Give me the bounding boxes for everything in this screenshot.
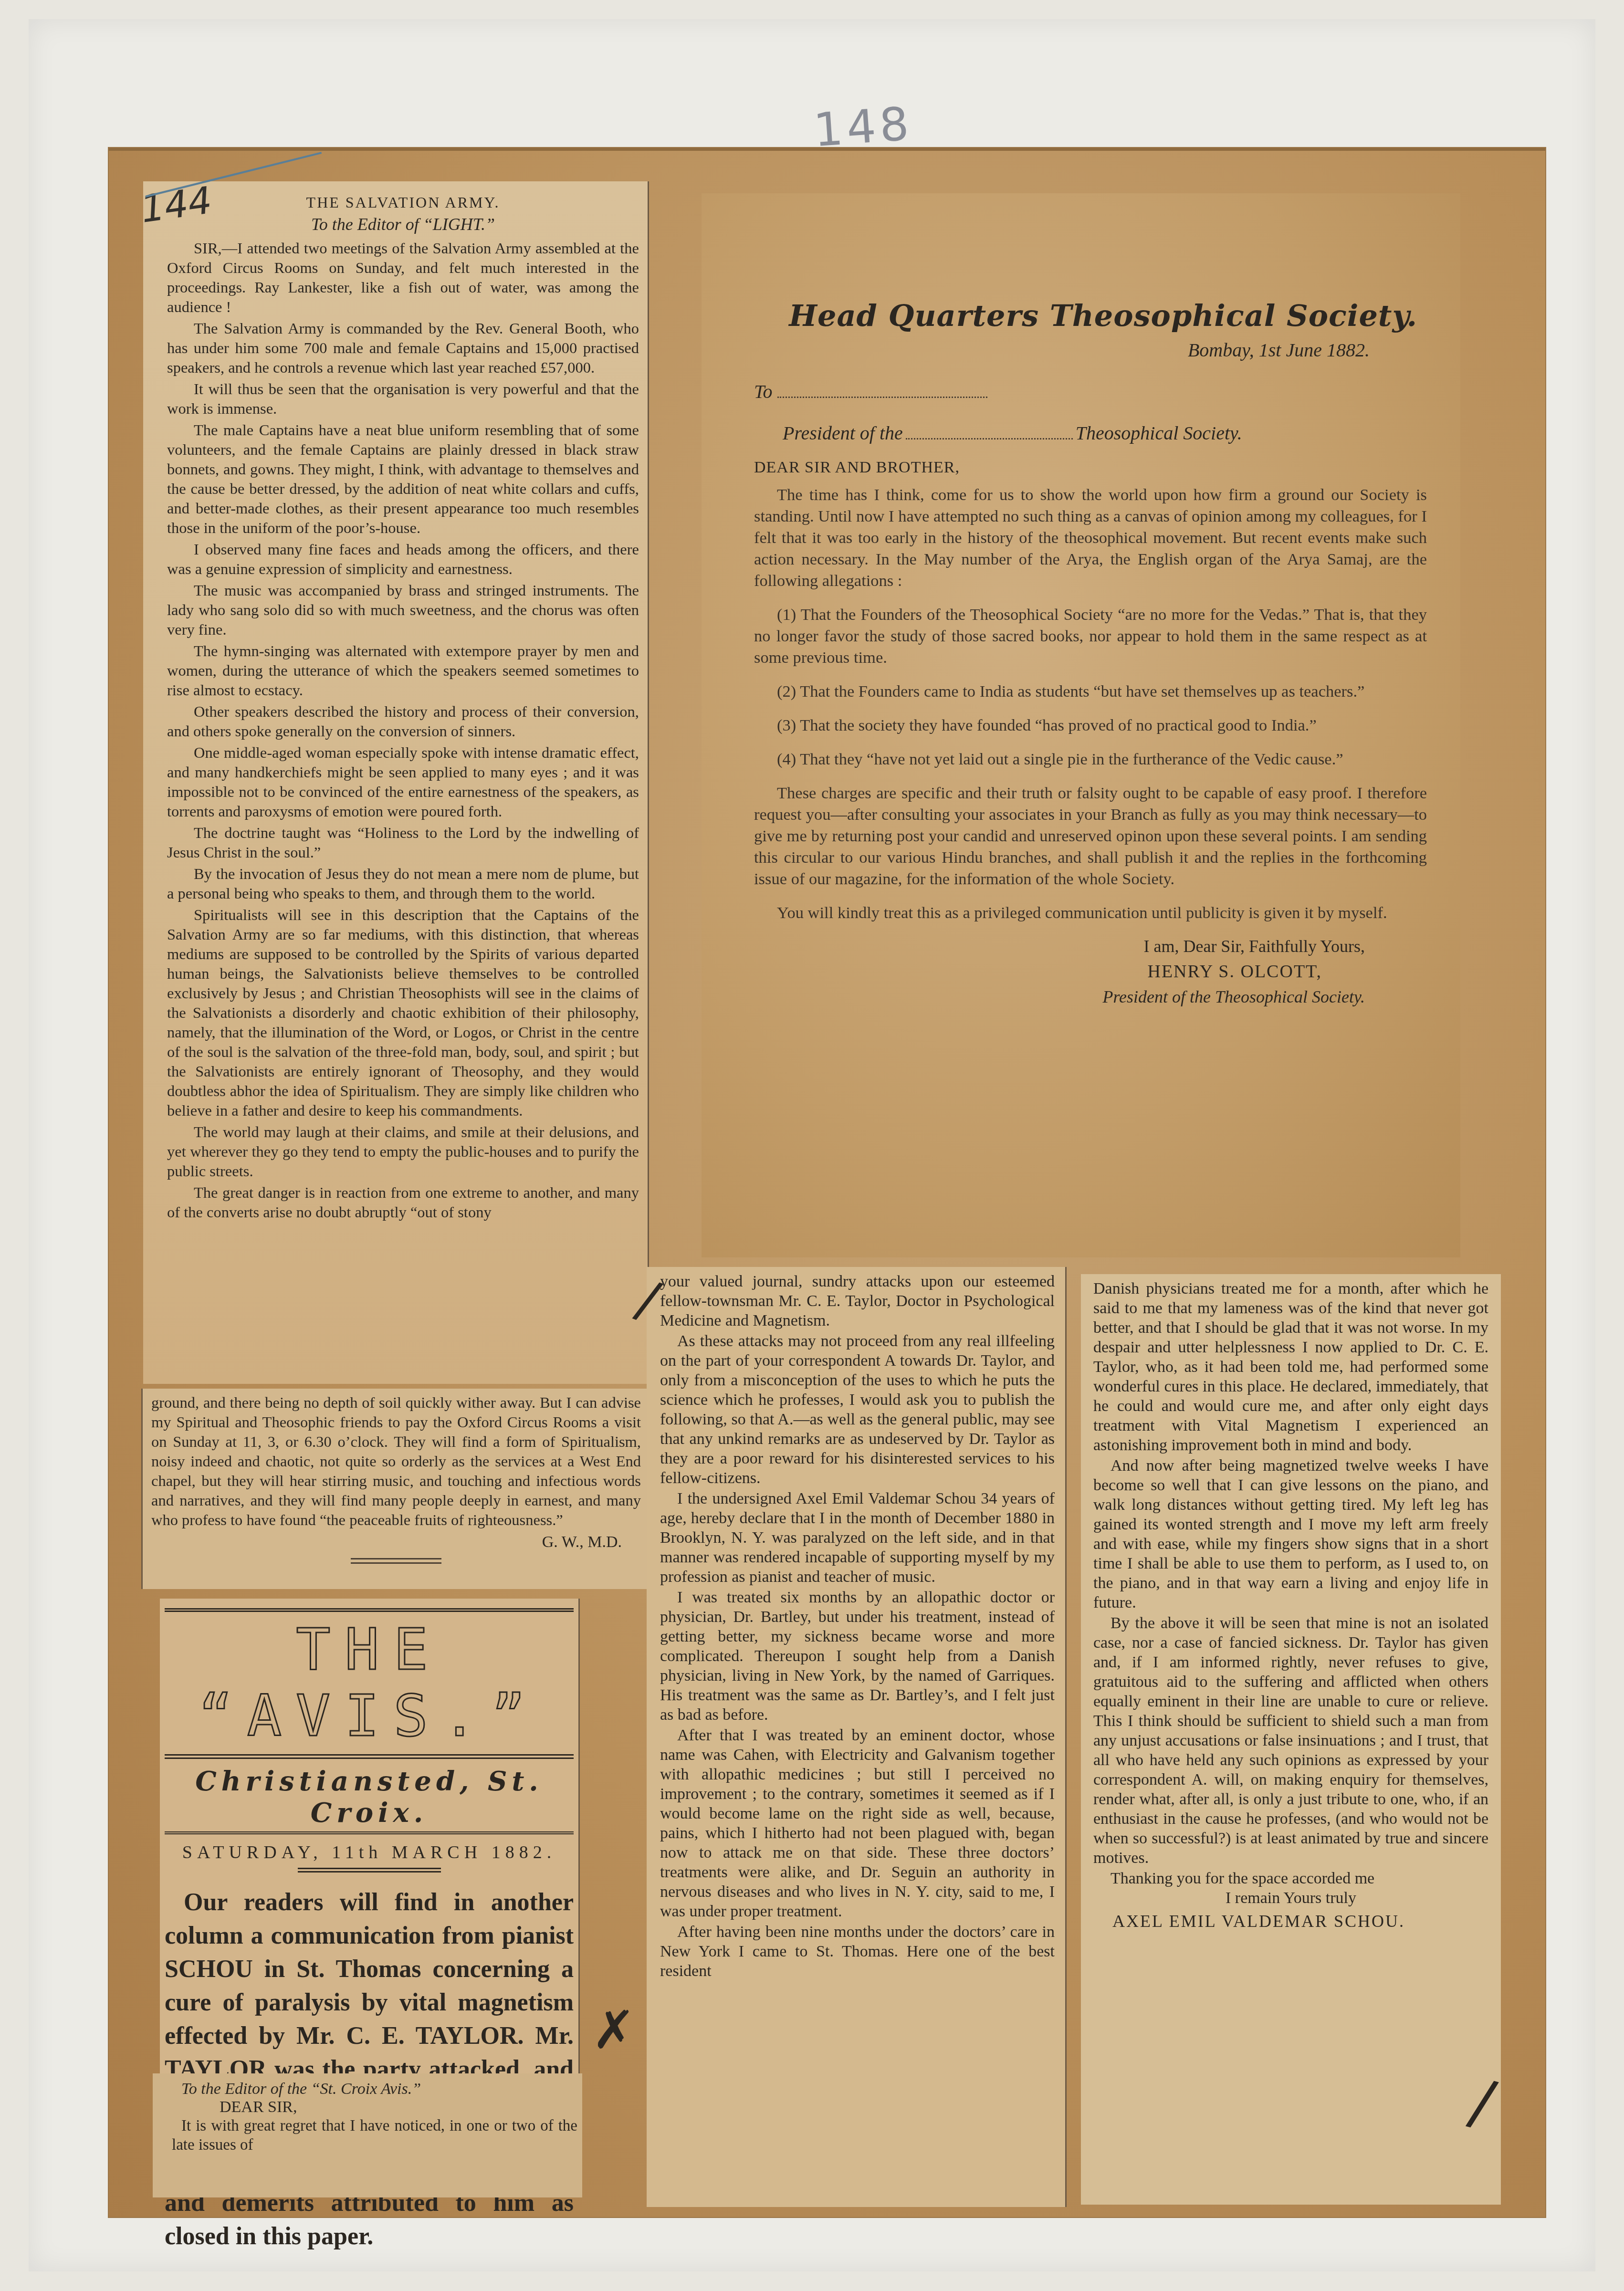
newspaper-masthead: THE “AVIS.” xyxy=(165,1608,574,1759)
president-line: President of theTheosophical Society. xyxy=(783,422,1427,444)
paragraph: SIR,—I attended two meetings of the Salv… xyxy=(167,239,639,317)
closing: I remain Yours truly xyxy=(1093,1889,1488,1907)
x-mark-icon: ✗ xyxy=(592,1999,636,2061)
newspaper-date: SATURDAY, 11th MARCH 1882. xyxy=(165,1842,574,1863)
paragraph: Other speakers described the history and… xyxy=(167,702,639,742)
double-rule xyxy=(351,1558,441,1564)
paragraph: ground, and there being no depth of soil… xyxy=(151,1393,641,1530)
paragraph: your valued journal, sundry attacks upon… xyxy=(660,1272,1055,1330)
article-subtitle: To the Editor of “LIGHT.” xyxy=(167,214,639,234)
allegation-item: (2) That the Founders came to India as s… xyxy=(754,681,1427,702)
recipient-line: To xyxy=(754,380,1427,403)
salutation: DEAR SIR AND BROTHER, xyxy=(754,459,1427,477)
society-label: Theosophical Society. xyxy=(1076,422,1242,444)
article-title: THE SALVATION ARMY. xyxy=(167,194,639,211)
paragraph: Danish physicians treated me for a month… xyxy=(1093,1279,1488,1455)
paragraph: I observed many fine faces and heads amo… xyxy=(167,540,639,579)
letter-addressee: To the Editor of the “St. Croix Avis.” xyxy=(181,2080,577,2098)
paragraph: One middle-aged woman especially spoke w… xyxy=(167,743,639,822)
paragraph: I was treated six months by an allopathi… xyxy=(660,1588,1055,1725)
paragraph: By the above it will be seen that mine i… xyxy=(1093,1613,1488,1868)
signer-name: HENRY S. OLCOTT, xyxy=(754,961,1427,982)
paragraph: The doctrine taught was “Holiness to the… xyxy=(167,824,639,863)
paragraph: After having been nine months under the … xyxy=(660,1922,1055,1981)
paragraph: After that I was treated by an eminent d… xyxy=(660,1726,1055,1921)
paragraph: The male Captains have a neat blue unifo… xyxy=(167,421,639,538)
president-label: President of the xyxy=(783,422,903,444)
paragraph: As these attacks may not proceed from an… xyxy=(660,1331,1055,1488)
allegation-item: (1) That the Founders of the Theosophica… xyxy=(754,604,1427,669)
paragraph: The hymn-singing was alternated with ext… xyxy=(167,642,639,701)
clipping-avis: THE “AVIS.” Christiansted, St. Croix. SA… xyxy=(160,1599,580,2081)
clipping-salvation-army-continuation: ground, and there being no depth of soil… xyxy=(141,1389,652,1589)
blank-recipient-field xyxy=(777,397,987,398)
paragraph: The great danger is in reaction from one… xyxy=(167,1183,639,1223)
allegation-item: (3) That the society they have founded “… xyxy=(754,715,1427,736)
paragraph: Spiritualists will see in this descripti… xyxy=(167,906,639,1121)
paragraph: It will thus be seen that the organisati… xyxy=(167,380,639,419)
clipping-avis-letter: To the Editor of the “St. Croix Avis.” D… xyxy=(153,2073,582,2197)
to-label: To xyxy=(754,381,773,402)
paragraph: By the invocation of Jesus they do not m… xyxy=(167,865,639,904)
signer-title: President of the Theosophical Society. xyxy=(754,987,1427,1007)
theosophical-circular: Head Quarters Theosophical Society. Bomb… xyxy=(702,193,1460,1257)
paragraph: The music was accompanied by brass and s… xyxy=(167,581,639,640)
letter-opening: It is with great regret that I have noti… xyxy=(172,2116,577,2155)
paragraph: The Salvation Army is commanded by the R… xyxy=(167,319,639,378)
newspaper-place: Christiansted, St. Croix. xyxy=(165,1759,574,1834)
letterhead: Head Quarters Theosophical Society. xyxy=(754,298,1427,333)
paragraph: The time has I think, come for us to sho… xyxy=(754,484,1427,592)
letter-signature: AXEL EMIL VALDEMAR SCHOU. xyxy=(1093,1911,1488,1931)
clipping-schou-letter-right: Danish physicians treated me for a month… xyxy=(1081,1274,1501,2205)
blank-branch-field xyxy=(906,438,1073,439)
paragraph: The world may laugh at their claims, and… xyxy=(167,1123,639,1182)
clipping-schou-letter-middle: your valued journal, sundry attacks upon… xyxy=(647,1267,1067,2207)
allegation-item: (4) That they “have not yet laid out a s… xyxy=(754,749,1427,770)
paragraph: These charges are specific and their tru… xyxy=(754,783,1427,890)
paragraph: And now after being magnetized twelve we… xyxy=(1093,1456,1488,1612)
paragraph: I the undersigned Axel Emil Valdemar Sch… xyxy=(660,1489,1055,1587)
closing: I am, Dear Sir, Faithfully Yours, xyxy=(754,936,1427,956)
editorial-note: Our readers will find in another column … xyxy=(165,1886,574,2253)
clipping-salvation-army: THE SALVATION ARMY. To the Editor of “LI… xyxy=(143,181,649,1384)
article-signature: G. W., M.D. xyxy=(151,1533,641,1551)
place-date: Bombay, 1st June 1882. xyxy=(754,339,1427,361)
letter-salutation: DEAR SIR, xyxy=(220,2098,577,2116)
thanks-line: Thanking you for the space accorded me xyxy=(1093,1869,1488,1888)
double-rule xyxy=(298,1868,441,1873)
paragraph: You will kindly treat this as a privileg… xyxy=(754,902,1427,924)
